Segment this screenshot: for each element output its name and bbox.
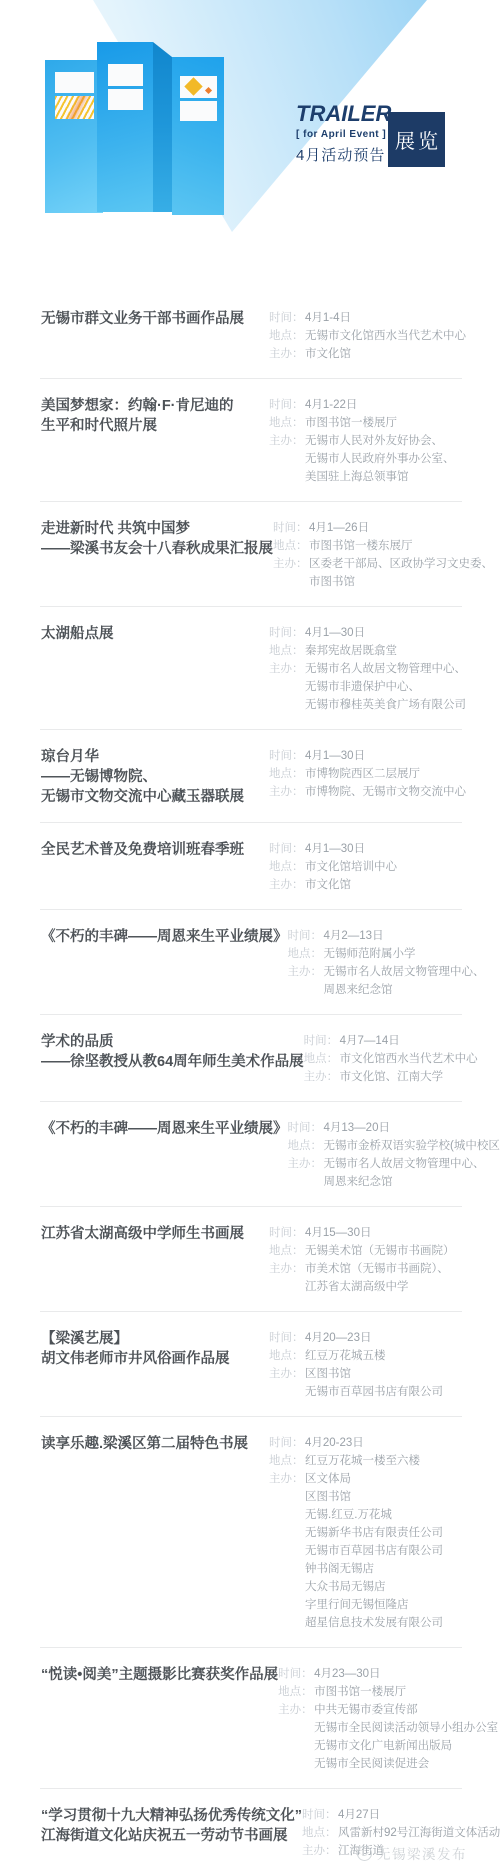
event-title: 《不朽的丰碑——周恩来生平业绩展》 — [41, 927, 288, 999]
location-label: 地点： — [269, 1347, 305, 1365]
event-title: “学习贯彻十九大精神弘扬优秀传统文化” 江海街道文化站庆祝五一劳动节书画展 — [41, 1806, 302, 1860]
detail-row-time: 时间： 4月1—30日 — [269, 624, 500, 642]
organizer-label: 主办： — [278, 1701, 314, 1773]
detail-row-organizer: 主办： 无锡市名人故居文物管理中心、 周恩来纪念馆 — [288, 963, 500, 999]
time-value: 4月2—13日 — [324, 927, 384, 945]
event-item: 走进新时代 共筑中国梦 ——梁溪书友会十八春秋成果汇报展 时间： 4月1—26日… — [0, 501, 500, 606]
detail-row-organizer: 主办： 区文体局 区图书馆 无锡.红豆.万花城 无锡新华书店有限责任公司 无锡市… — [269, 1470, 500, 1632]
detail-row-location: 地点： 红豆万花城一楼至六楼 — [269, 1452, 500, 1470]
organizer-value: 市文化馆 — [305, 876, 351, 894]
organizer-label: 主办： — [269, 876, 305, 894]
time-label: 时间： — [288, 927, 324, 945]
event-item: 学术的品质 ——徐坚教授从教64周年师生美术作品展 时间： 4月7—14日 地点… — [0, 1014, 500, 1101]
event-title: 学术的品质 ——徐坚教授从教64周年师生美术作品展 — [41, 1032, 304, 1086]
event-title: 【梁溪艺展】 胡文伟老师市井风俗画作品展 — [41, 1329, 269, 1401]
banner-panel — [108, 89, 143, 110]
detail-row-location: 地点： 市博物院西区二层展厅 — [269, 765, 500, 783]
event-details: 时间： 4月1—30日 地点： 市博物院西区二层展厅 主办： 市博物院、无锡市文… — [269, 747, 500, 807]
time-label: 时间： — [269, 840, 305, 858]
event-details: 时间： 4月1-4日 地点： 无锡市文化馆西水当代艺术中心 主办： 市文化馆 — [269, 309, 500, 363]
event-details: 时间： 4月23—30日 地点： 市图书馆一楼展厅 主办： 中共无锡市委宣传部 … — [278, 1665, 500, 1773]
event-item: “悦读•阅美”主题摄影比赛获奖作品展 时间： 4月23—30日 地点： 市图书馆… — [0, 1647, 500, 1788]
category-badge: 展览 — [388, 112, 445, 167]
event-details: 时间： 4月1—30日 地点： 秦邦宪故居既翕堂 主办： 无锡市名人故居文物管理… — [269, 624, 500, 714]
location-label: 地点： — [304, 1050, 340, 1068]
diamond-icon — [184, 77, 202, 95]
location-value: 市图书馆一楼东展厅 — [309, 537, 413, 555]
event-item: 江苏省太湖高级中学师生书画展 时间： 4月15—30日 地点： 无锡美术馆（无锡… — [0, 1206, 500, 1311]
watermark-text: 无锡梁溪发布 — [377, 1843, 467, 1863]
detail-row-organizer: 主办： 无锡市人民对外友好协会、 无锡市人民政府外事办公室、 美国驻上海总领事馆 — [269, 432, 500, 486]
trailer-title: TRAILER — [296, 103, 391, 125]
location-label: 地点： — [288, 1137, 324, 1155]
detail-row-organizer: 主办： 无锡市名人故居文物管理中心、 无锡市非遗保护中心、 无锡市穆桂英美食广场… — [269, 660, 500, 714]
event-details: 时间： 4月1—30日 地点： 市文化馆培训中心 主办： 市文化馆 — [269, 840, 500, 894]
time-label: 时间： — [269, 1329, 305, 1347]
detail-row-location: 地点： 市图书馆一楼展厅 — [278, 1683, 500, 1701]
location-value: 市图书馆一楼展厅 — [305, 414, 397, 432]
watermark-logo — [357, 1846, 372, 1861]
detail-row-time: 时间： 4月1-4日 — [269, 309, 500, 327]
event-details: 时间： 4月7—14日 地点： 市文化馆西水当代艺术中心 主办： 市文化馆、江南… — [304, 1032, 500, 1086]
time-label: 时间： — [269, 624, 305, 642]
detail-row-location: 地点： 无锡市文化馆西水当代艺术中心 — [269, 327, 500, 345]
time-value: 4月1—26日 — [309, 519, 369, 537]
location-value: 市文化馆西水当代艺术中心 — [340, 1050, 478, 1068]
banner-panel — [108, 64, 143, 86]
time-label: 时间： — [269, 309, 305, 327]
event-item: 【梁溪艺展】 胡文伟老师市井风俗画作品展 时间： 4月20—23日 地点： 红豆… — [0, 1311, 500, 1416]
detail-row-time: 时间： 4月13—20日 — [288, 1119, 500, 1137]
detail-row-organizer: 主办： 中共无锡市委宣传部 无锡市全民阅读活动领导小组办公室 无锡市文化广电新闻… — [278, 1701, 500, 1773]
banner-panel — [180, 101, 217, 121]
time-value: 4月13—20日 — [324, 1119, 390, 1137]
detail-row-time: 时间： 4月27日 — [302, 1806, 500, 1824]
location-value: 无锡美术馆（无锡市书画院） — [305, 1242, 455, 1260]
detail-row-organizer: 主办： 市文化馆 — [269, 876, 500, 894]
location-value: 无锡师范附属小学 — [324, 945, 416, 963]
location-label: 地点： — [302, 1824, 338, 1842]
detail-row-time: 时间： 4月1—26日 — [273, 519, 500, 537]
organizer-value: 无锡市名人故居文物管理中心、 周恩来纪念馆 — [324, 1155, 485, 1191]
organizer-label: 主办： — [269, 1260, 305, 1296]
event-title: 走进新时代 共筑中国梦 ——梁溪书友会十八春秋成果汇报展 — [41, 519, 273, 591]
organizer-label: 主办： — [269, 783, 305, 801]
small-diamond-icon — [205, 87, 212, 94]
detail-row-time: 时间： 4月15—30日 — [269, 1224, 500, 1242]
organizer-label: 主办： — [269, 432, 305, 486]
time-value: 4月1—30日 — [305, 747, 365, 765]
detail-row-location: 地点： 秦邦宪故居既翕堂 — [269, 642, 500, 660]
time-value: 4月15—30日 — [305, 1224, 371, 1242]
location-label: 地点： — [269, 327, 305, 345]
detail-row-organizer: 主办： 区图书馆 无锡市百草园书店有限公司 — [269, 1365, 500, 1401]
detail-row-organizer: 主办： 区委老干部局、区政协学习文史委、 市图书馆 — [273, 555, 500, 591]
event-item: 太湖船点展 时间： 4月1—30日 地点： 秦邦宪故居既翕堂 主办： 无锡市名人… — [0, 606, 500, 729]
detail-row-time: 时间： 4月7—14日 — [304, 1032, 500, 1050]
organizer-label: 主办： — [304, 1068, 340, 1086]
banner-left — [45, 60, 103, 213]
organizer-value: 区文体局 区图书馆 无锡.红豆.万花城 无锡新华书店有限责任公司 无锡市百草园书… — [305, 1470, 443, 1632]
event-list: 无锡市群文业务干部书画作品展 时间： 4月1-4日 地点： 无锡市文化馆西水当代… — [0, 291, 500, 1875]
banner-middle — [97, 42, 153, 212]
watermark: 无锡梁溪发布 — [357, 1843, 467, 1863]
time-value: 4月1-22日 — [305, 396, 357, 414]
detail-row-time: 时间： 4月20-23日 — [269, 1434, 500, 1452]
time-label: 时间： — [269, 747, 305, 765]
location-value: 市文化馆培训中心 — [305, 858, 397, 876]
location-value: 市图书馆一楼展厅 — [314, 1683, 406, 1701]
location-label: 地点： — [269, 642, 305, 660]
event-details: 时间： 4月2—13日 地点： 无锡师范附属小学 主办： 无锡市名人故居文物管理… — [288, 927, 500, 999]
organizer-value: 无锡市名人故居文物管理中心、 无锡市非遗保护中心、 无锡市穆桂英美食广场有限公司 — [305, 660, 466, 714]
detail-row-location: 地点： 无锡市金桥双语实验学校(城中校区) — [288, 1137, 500, 1155]
time-value: 4月1—30日 — [305, 624, 365, 642]
event-title: 太湖船点展 — [41, 624, 269, 714]
detail-row-location: 地点： 风雷新村92号江海街道文体活动中心 — [302, 1824, 500, 1842]
organizer-value: 无锡市人民对外友好协会、 无锡市人民政府外事办公室、 美国驻上海总领事馆 — [305, 432, 455, 486]
banner-right — [172, 57, 224, 215]
organizer-label: 主办： — [269, 1365, 305, 1401]
detail-row-organizer: 主办： 无锡市名人故居文物管理中心、 周恩来纪念馆 — [288, 1155, 500, 1191]
title-block: TRAILER [ for April Event ] 4月活动预告 — [296, 103, 391, 165]
event-title: 《不朽的丰碑——周恩来生平业绩展》 — [41, 1119, 288, 1191]
detail-row-location: 地点： 市图书馆一楼东展厅 — [273, 537, 500, 555]
time-value: 4月7—14日 — [340, 1032, 400, 1050]
event-details: 时间： 4月20—23日 地点： 红豆万花城五楼 主办： 区图书馆 无锡市百草园… — [269, 1329, 500, 1401]
location-label: 地点： — [269, 1452, 305, 1470]
time-value: 4月23—30日 — [314, 1665, 380, 1683]
location-label: 地点： — [288, 945, 324, 963]
event-item: 琼台月华 ——无锡博物院、 无锡市文物交流中心藏玉器联展 时间： 4月1—30日… — [0, 729, 500, 822]
location-value: 无锡市文化馆西水当代艺术中心 — [305, 327, 466, 345]
time-value: 4月20—23日 — [305, 1329, 371, 1347]
detail-row-location: 地点： 无锡美术馆（无锡市书画院） — [269, 1242, 500, 1260]
detail-row-location: 地点： 无锡师范附属小学 — [288, 945, 500, 963]
header: TRAILER [ for April Event ] 4月活动预告 展览 — [0, 0, 500, 240]
detail-row-location: 地点： 市文化馆西水当代艺术中心 — [304, 1050, 500, 1068]
time-label: 时间： — [304, 1032, 340, 1050]
organizer-value: 区图书馆 无锡市百草园书店有限公司 — [305, 1365, 443, 1401]
organizer-value: 区委老干部局、区政协学习文史委、 市图书馆 — [309, 555, 493, 591]
organizer-label: 主办： — [269, 345, 305, 363]
detail-row-time: 时间： 4月1—30日 — [269, 840, 500, 858]
detail-row-organizer: 主办： 市文化馆、江南大学 — [304, 1068, 500, 1086]
event-title: 全民艺术普及免费培训班春季班 — [41, 840, 269, 894]
location-value: 红豆万花城五楼 — [305, 1347, 386, 1365]
time-value: 4月27日 — [338, 1806, 380, 1824]
detail-row-organizer: 主办： 市美术馆（无锡市书画院）、 江苏省太湖高级中学 — [269, 1260, 500, 1296]
detail-row-location: 地点： 红豆万花城五楼 — [269, 1347, 500, 1365]
event-item: 《不朽的丰碑——周恩来生平业绩展》 时间： 4月13—20日 地点： 无锡市金桥… — [0, 1101, 500, 1206]
detail-row-time: 时间： 4月2—13日 — [288, 927, 500, 945]
event-item: 无锡市群文业务干部书画作品展 时间： 4月1-4日 地点： 无锡市文化馆西水当代… — [0, 291, 500, 378]
detail-row-organizer: 主办： 市文化馆 — [269, 345, 500, 363]
location-label: 地点： — [278, 1683, 314, 1701]
event-details: 时间： 4月15—30日 地点： 无锡美术馆（无锡市书画院） 主办： 市美术馆（… — [269, 1224, 500, 1296]
banner-panel — [55, 72, 94, 93]
detail-row-location: 地点： 市文化馆培训中心 — [269, 858, 500, 876]
organizer-label: 主办： — [288, 963, 324, 999]
organizer-label: 主办： — [269, 1470, 305, 1632]
location-label: 地点： — [269, 1242, 305, 1260]
location-value: 风雷新村92号江海街道文体活动中心 — [338, 1824, 500, 1842]
event-title: “悦读•阅美”主题摄影比赛获奖作品展 — [41, 1665, 278, 1773]
time-value: 4月1—30日 — [305, 840, 365, 858]
organizer-label: 主办： — [269, 660, 305, 714]
event-title: 江苏省太湖高级中学师生书画展 — [41, 1224, 269, 1296]
page: TRAILER [ for April Event ] 4月活动预告 展览 无锡… — [0, 0, 500, 1876]
event-item: 美国梦想家：约翰·F·肯尼迪的 生平和时代照片展 时间： 4月1-22日 地点：… — [0, 378, 500, 501]
time-label: 时间： — [302, 1806, 338, 1824]
event-details: 时间： 4月1—26日 地点： 市图书馆一楼东展厅 主办： 区委老干部局、区政协… — [273, 519, 500, 591]
detail-row-time: 时间： 4月23—30日 — [278, 1665, 500, 1683]
organizer-value: 市美术馆（无锡市书画院）、 江苏省太湖高级中学 — [305, 1260, 449, 1296]
event-title: 琼台月华 ——无锡博物院、 无锡市文物交流中心藏玉器联展 — [41, 747, 269, 807]
organizer-value: 市文化馆 — [305, 345, 351, 363]
time-label: 时间： — [288, 1119, 324, 1137]
organizer-label: 主办： — [288, 1155, 324, 1191]
time-value: 4月1-4日 — [305, 309, 351, 327]
time-value: 4月20-23日 — [305, 1434, 364, 1452]
event-item: 读享乐趣.梁溪区第二届特色书展 时间： 4月20-23日 地点： 红豆万花城一楼… — [0, 1416, 500, 1647]
detail-row-organizer: 主办： 市博物院、无锡市文物交流中心 — [269, 783, 500, 801]
location-value: 红豆万花城一楼至六楼 — [305, 1452, 420, 1470]
time-label: 时间： — [269, 396, 305, 414]
diamond-panel — [180, 76, 217, 98]
stripes-pattern — [55, 96, 94, 119]
event-details: 时间： 4月1-22日 地点： 市图书馆一楼展厅 主办： 无锡市人民对外友好协会… — [269, 396, 500, 486]
subtitle-cn: 4月活动预告 — [296, 144, 391, 165]
detail-row-time: 时间： 4月1—30日 — [269, 747, 500, 765]
location-value: 无锡市金桥双语实验学校(城中校区) — [324, 1137, 500, 1155]
time-label: 时间： — [269, 1224, 305, 1242]
organizer-label: 主办： — [302, 1842, 338, 1860]
organizer-value: 中共无锡市委宣传部 无锡市全民阅读活动领导小组办公室 无锡市文化广电新闻出版局 … — [314, 1701, 498, 1773]
time-label: 时间： — [269, 1434, 305, 1452]
event-title: 美国梦想家：约翰·F·肯尼迪的 生平和时代照片展 — [41, 396, 269, 486]
event-details: 时间： 4月20-23日 地点： 红豆万花城一楼至六楼 主办： 区文体局 区图书… — [269, 1434, 500, 1632]
detail-row-location: 地点： 市图书馆一楼展厅 — [269, 414, 500, 432]
location-label: 地点： — [269, 765, 305, 783]
organizer-value: 市文化馆、江南大学 — [340, 1068, 444, 1086]
location-value: 秦邦宪故居既翕堂 — [305, 642, 397, 660]
detail-row-time: 时间： 4月20—23日 — [269, 1329, 500, 1347]
location-value: 市博物院西区二层展厅 — [305, 765, 420, 783]
location-label: 地点： — [269, 414, 305, 432]
detail-row-time: 时间： 4月1-22日 — [269, 396, 500, 414]
event-item: 《不朽的丰碑——周恩来生平业绩展》 时间： 4月2—13日 地点： 无锡师范附属… — [0, 909, 500, 1014]
location-label: 地点： — [273, 537, 309, 555]
event-item: 全民艺术普及免费培训班春季班 时间： 4月1—30日 地点： 市文化馆培训中心 … — [0, 822, 500, 909]
location-label: 地点： — [269, 858, 305, 876]
subtitle-en: [ for April Event ] — [296, 129, 391, 140]
time-label: 时间： — [273, 519, 309, 537]
organizer-value: 市博物院、无锡市文物交流中心 — [305, 783, 466, 801]
banner-fold — [153, 42, 172, 212]
event-title: 无锡市群文业务干部书画作品展 — [41, 309, 269, 363]
organizer-value: 无锡市名人故居文物管理中心、 周恩来纪念馆 — [324, 963, 485, 999]
event-details: 时间： 4月13—20日 地点： 无锡市金桥双语实验学校(城中校区) 主办： 无… — [288, 1119, 500, 1191]
organizer-label: 主办： — [273, 555, 309, 591]
time-label: 时间： — [278, 1665, 314, 1683]
event-title: 读享乐趣.梁溪区第二届特色书展 — [41, 1434, 269, 1632]
